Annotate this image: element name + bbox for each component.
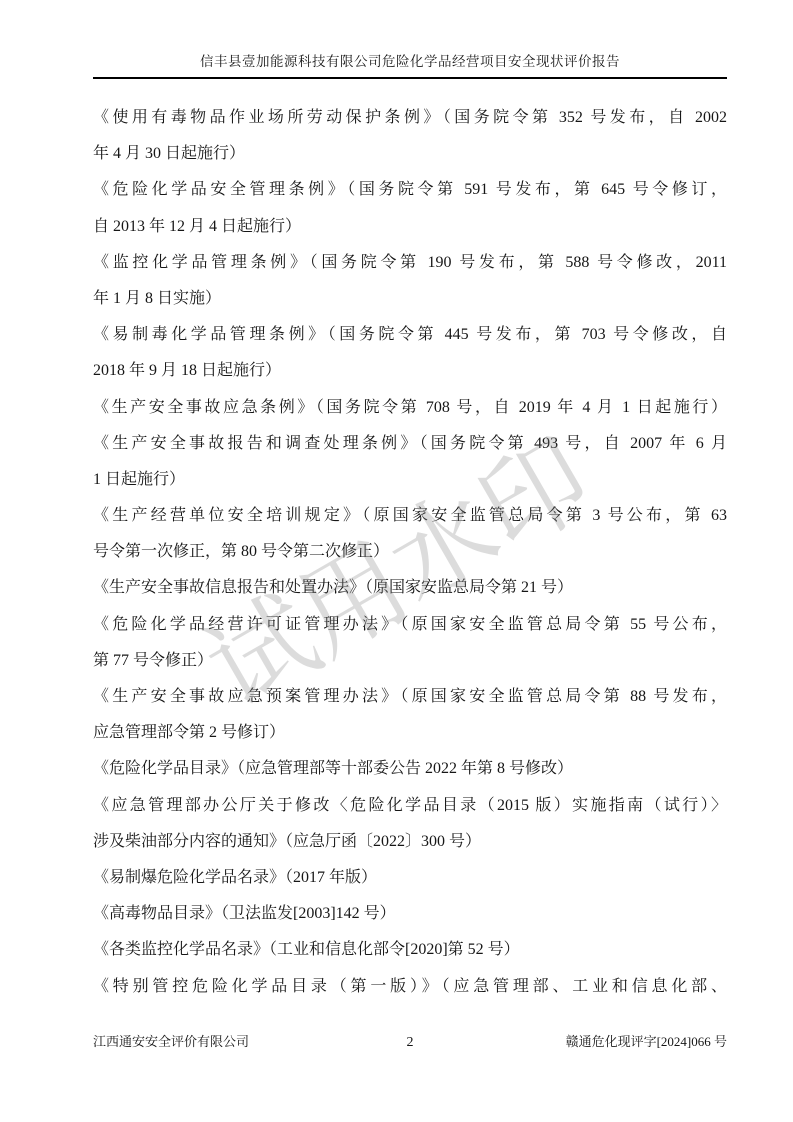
footer-doc-number: 赣通危化现评字[2024]066 号 <box>414 1031 728 1050</box>
document-body: 《使用有毒物品作业场所劳动保护条例》（国务院令第 352 号发布，自 2002年… <box>93 100 727 1005</box>
body-line: 《危险化学品经营许可证管理办法》（原国家安全监管总局令第 55 号公布， <box>93 607 727 643</box>
page-number: 2 <box>407 1035 414 1051</box>
body-line: 《应急管理部办公厅关于修改〈危险化学品目录（2015 版）实施指南（试行）〉 <box>93 788 727 824</box>
header-title: 信丰县壹加能源科技有限公司危险化学品经营项目安全现状评价报告 <box>200 54 620 69</box>
body-line: 1 日起施行） <box>93 462 727 498</box>
body-line: 《易制爆危险化学品名录》（2017 年版） <box>93 860 727 896</box>
body-line: 《生产安全事故应急预案管理办法》（原国家安全监管总局令第 88 号发布， <box>93 679 727 715</box>
body-line: 《特别管控危险化学品目录（第一版）》（应急管理部、工业和信息化部、 <box>93 969 727 1005</box>
body-line: 年 4 月 30 日起施行） <box>93 136 727 172</box>
body-line: 《生产安全事故应急条例》（国务院令第 708 号，自 2019 年 4 月 1 … <box>93 390 727 426</box>
body-line: 2018 年 9 月 18 日起施行） <box>93 353 727 389</box>
body-line: 《监控化学品管理条例》（国务院令第 190 号发布，第 588 号令修改，201… <box>93 245 727 281</box>
body-line: 号令第一次修正，第 80 号令第二次修正） <box>93 534 727 570</box>
body-line: 《使用有毒物品作业场所劳动保护条例》（国务院令第 352 号发布，自 2002 <box>93 100 727 136</box>
body-line: 应急管理部令第 2 号修订） <box>93 715 727 751</box>
body-line: 《生产安全事故信息报告和处置办法》（原国家安监总局令第 21 号） <box>93 570 727 606</box>
body-line: 《各类监控化学品名录》（工业和信息化部令[2020]第 52 号） <box>93 932 727 968</box>
body-line: 《危险化学品安全管理条例》（国务院令第 591 号发布，第 645 号令修订， <box>93 172 727 208</box>
body-line: 《危险化学品目录》（应急管理部等十部委公告 2022 年第 8 号修改） <box>93 751 727 787</box>
body-line: 《易制毒化学品管理条例》（国务院令第 445 号发布，第 703 号令修改，自 <box>93 317 727 353</box>
page-header: 信丰县壹加能源科技有限公司危险化学品经营项目安全现状评价报告 <box>93 53 727 79</box>
body-line: 《生产经营单位安全培训规定》（原国家安全监管总局令第 3 号公布，第 63 <box>93 498 727 534</box>
body-line: 《生产安全事故报告和调查处理条例》（国务院令第 493 号，自 2007 年 6… <box>93 426 727 462</box>
body-line: 第 77 号令修正） <box>93 643 727 679</box>
body-line: 涉及柴油部分内容的通知》（应急厅函〔2022〕300 号） <box>93 824 727 860</box>
document-page: 信丰县壹加能源科技有限公司危险化学品经营项目安全现状评价报告 《使用有毒物品作业… <box>0 0 793 1122</box>
body-line: 《高毒物品目录》（卫法监发[2003]142 号） <box>93 896 727 932</box>
body-line: 自 2013 年 12 月 4 日起施行） <box>93 209 727 245</box>
footer-company: 江西通安安全评价有限公司 <box>93 1031 407 1050</box>
page-footer: 江西通安安全评价有限公司 2 赣通危化现评字[2024]066 号 <box>93 1031 727 1051</box>
body-line: 年 1 月 8 日实施） <box>93 281 727 317</box>
